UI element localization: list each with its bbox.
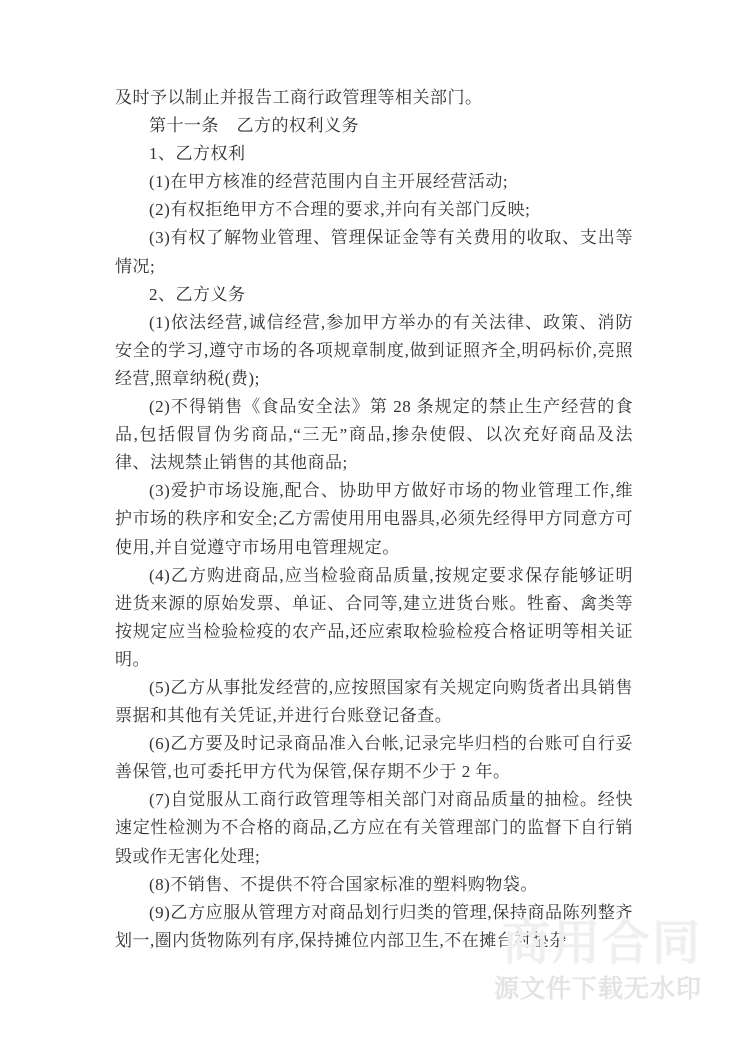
paragraph: 及时予以制止并报告工商行政管理等相关部门。 <box>115 84 633 112</box>
contract-body: 及时予以制止并报告工商行政管理等相关部门。 第十一条 乙方的权利义务 1、乙方权… <box>115 84 633 955</box>
paragraph: (9)乙方应服从管理方对商品划行归类的管理,保持商品陈列整齐划一,圈内货物陈列有… <box>115 899 633 955</box>
paragraph: (4)乙方购进商品,应当检验商品质量,按规定要求保存能够证明进货来源的原始发票、… <box>115 562 633 674</box>
paragraph: (3)有权了解物业管理、管理保证金等有关费用的收取、支出等情况; <box>115 224 633 280</box>
paragraph: (6)乙方要及时记录商品准入台帐,记录完毕归档的台账可自行妥善保管,也可委托甲方… <box>115 730 633 786</box>
paragraph: (2)不得销售《食品安全法》第 28 条规定的禁止生产经营的食品,包括假冒伪劣商… <box>115 393 633 477</box>
paragraph: (1)依法经营,诚信经营,参加甲方举办的有关法律、政策、消防安全的学习,遵守市场… <box>115 309 633 393</box>
article-heading: 第十一条 乙方的权利义务 <box>115 112 633 140</box>
document-page: 及时予以制止并报告工商行政管理等相关部门。 第十一条 乙方的权利义务 1、乙方权… <box>0 0 742 1049</box>
paragraph: (1)在甲方核准的经营范围内自主开展经营活动; <box>115 168 633 196</box>
paragraph: (7)自觉服从工商行政管理等相关部门对商品质量的抽检。经快速定性检测为不合格的商… <box>115 786 633 870</box>
section-heading: 1、乙方权利 <box>115 140 633 168</box>
paragraph: (3)爱护市场设施,配合、协助甲方做好市场的物业管理工作,维护市场的秩序和安全;… <box>115 477 633 561</box>
paragraph: (2)有权拒绝甲方不合理的要求,并向有关部门反映; <box>115 196 633 224</box>
section-heading: 2、乙方义务 <box>115 281 633 309</box>
paragraph: (5)乙方从事批发经营的,应按照国家有关规定向购货者出具销售票据和其他有关凭证,… <box>115 674 633 730</box>
watermark-tagline: 源文件下载无水印 <box>494 975 702 1005</box>
paragraph: (8)不销售、不提供不符合国家标准的塑料购物袋。 <box>115 871 633 899</box>
